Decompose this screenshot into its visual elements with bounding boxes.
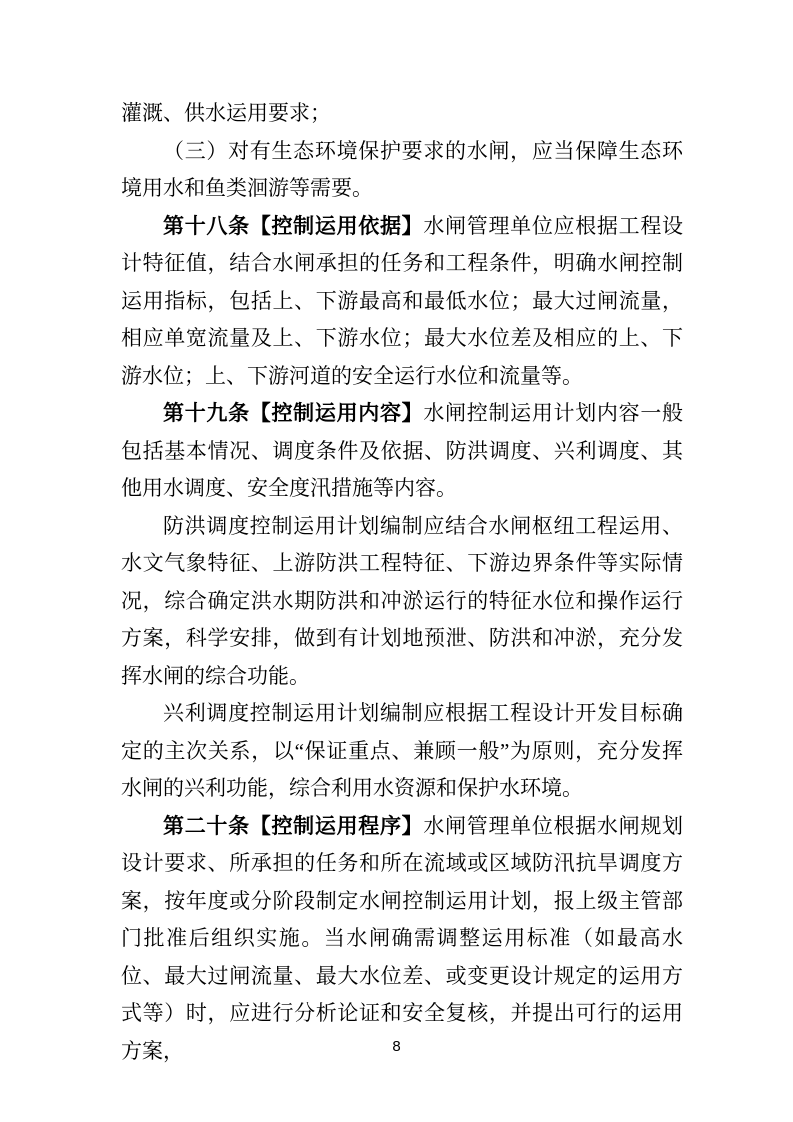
paragraph-article-19: 第十九条【控制运用内容】水闸控制运用计划内容一般包括基本情况、调度条件及依据、防… bbox=[121, 395, 683, 508]
paragraph-text: 水闸管理单位应根据工程设计特征值，结合水闸承担的任务和工程条件，明确水闸控制运用… bbox=[121, 214, 683, 388]
paragraph: 灌溉、供水运用要求； bbox=[121, 95, 683, 133]
document-page: 灌溉、供水运用要求； （三）对有生态环境保护要求的水闸，应当保障生态环境用水和鱼… bbox=[0, 0, 793, 1122]
paragraph-text: 水闸管理单位根据水闸规划设计要求、所承担的任务和所在流域或区域防汛抗旱调度方案，… bbox=[121, 814, 683, 1063]
paragraph: 兴利调度控制运用计划编制应根据工程设计开发目标确定的主次关系，以“保证重点、兼顾… bbox=[121, 695, 683, 808]
article-heading: 第二十条【控制运用程序】 bbox=[163, 815, 423, 838]
paragraph-article-18: 第十八条【控制运用依据】水闸管理单位应根据工程设计特征值，结合水闸承担的任务和工… bbox=[121, 208, 683, 396]
paragraph-text: 防洪调度控制运用计划编制应结合水闸枢纽工程运用、水文气象特征、上游防洪工程特征、… bbox=[121, 514, 683, 688]
document-body: 灌溉、供水运用要求； （三）对有生态环境保护要求的水闸，应当保障生态环境用水和鱼… bbox=[121, 95, 683, 1070]
paragraph-text: 兴利调度控制运用计划编制应根据工程设计开发目标确定的主次关系，以“保证重点、兼顾… bbox=[121, 701, 683, 800]
article-heading: 第十九条【控制运用内容】 bbox=[163, 402, 423, 425]
paragraph: （三）对有生态环境保护要求的水闸，应当保障生态环境用水和鱼类洄游等需要。 bbox=[121, 133, 683, 208]
page-number: 8 bbox=[0, 1036, 793, 1058]
paragraph: 防洪调度控制运用计划编制应结合水闸枢纽工程运用、水文气象特征、上游防洪工程特征、… bbox=[121, 508, 683, 696]
paragraph-article-20: 第二十条【控制运用程序】水闸管理单位根据水闸规划设计要求、所承担的任务和所在流域… bbox=[121, 808, 683, 1071]
article-heading: 第十八条【控制运用依据】 bbox=[163, 215, 423, 238]
paragraph-text: 灌溉、供水运用要求； bbox=[121, 101, 331, 125]
paragraph-text: （三）对有生态环境保护要求的水闸，应当保障生态环境用水和鱼类洄游等需要。 bbox=[121, 139, 683, 201]
